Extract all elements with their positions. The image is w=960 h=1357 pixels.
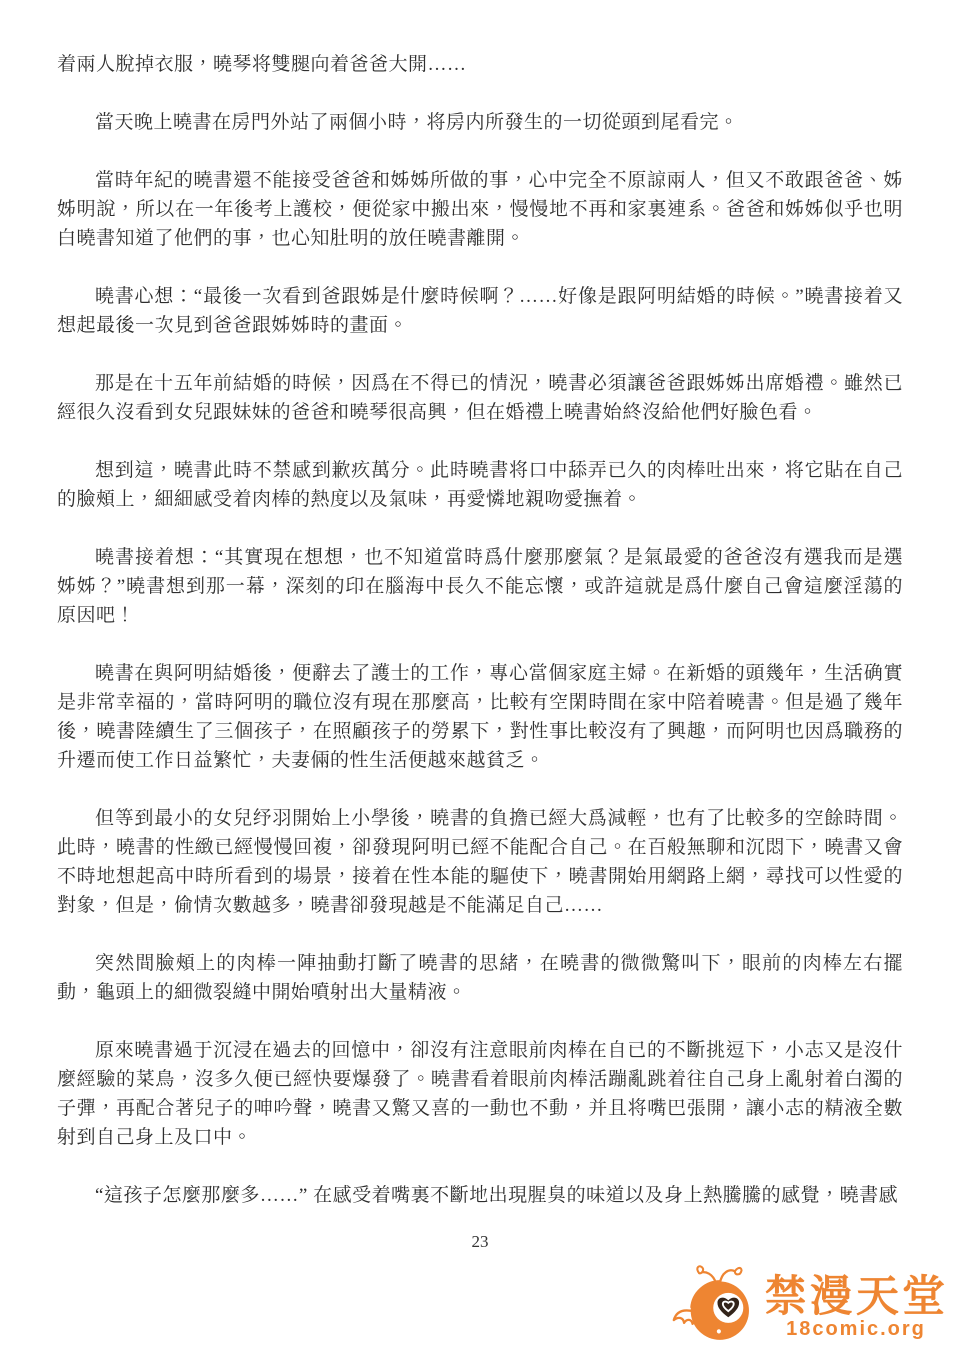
paragraph: “這孩子怎麼那麼多……” 在感受着嘴裏不斷地出現腥臭的味道以及身上熱騰騰的感覺，…: [57, 1181, 903, 1210]
paragraph: 那是在十五年前結婚的時候，因爲在不得已的情況，曉書必須讓爸爸跟姊姊出席婚禮。雖然…: [57, 369, 903, 427]
watermark-logo: 禁漫天堂 18comic.org: [670, 1259, 948, 1353]
watermark-text: 禁漫天堂 18comic.org: [764, 1274, 948, 1339]
whale-mascot-icon: [670, 1259, 764, 1353]
paragraph: 曉書在與阿明結婚後，便辭去了護士的工作，專心當個家庭主婦。在新婚的頭幾年，生活确…: [57, 659, 903, 775]
watermark-site-url: 18comic.org: [786, 1319, 926, 1339]
paragraph: 原來曉書過于沉浸在過去的回憶中，卻沒有注意眼前肉棒在自已的不斷挑逗下，小志又是沒…: [57, 1036, 903, 1152]
paragraph: 着兩人脫掉衣服，曉琴将雙腿向着爸爸大開……: [57, 50, 903, 79]
watermark-brand: 禁漫天堂: [764, 1274, 948, 1320]
paragraph: 曉書心想：“最後一次看到爸跟姊是什麼時候啊？……好像是跟阿明結婚的時候。”曉書接…: [57, 282, 903, 340]
document-page: 着兩人脫掉衣服，曉琴将雙腿向着爸爸大開…… 當天晚上曉書在房門外站了兩個小時，将…: [0, 0, 960, 1357]
paragraph: 曉書接着想：“其實現在想想，也不知道當時爲什麼那麼氣？是氣最愛的爸爸沒有選我而是…: [57, 543, 903, 630]
paragraph: 但等到最小的女兒纾羽開始上小學後，曉書的負擔已經大爲減輕，也有了比較多的空餘時間…: [57, 804, 903, 920]
story-text-block: 着兩人脫掉衣服，曉琴将雙腿向着爸爸大開…… 當天晚上曉書在房門外站了兩個小時，将…: [57, 50, 903, 1239]
paragraph: 當時年紀的曉書還不能接受爸爸和姊姊所做的事，心中完全不原諒兩人，但又不敢跟爸爸、…: [57, 166, 903, 253]
page-number: 23: [0, 1232, 960, 1252]
paragraph: 當天晚上曉書在房門外站了兩個小時，将房内所發生的一切從頭到尾看完。: [57, 108, 903, 137]
paragraph: 突然間臉頰上的肉棒一陣抽動打斷了曉書的思緒，在曉書的微微驚叫下，眼前的肉棒左右擺…: [57, 949, 903, 1007]
paragraph: 想到這，曉書此時不禁感到歉疚萬分。此時曉書将口中舔弄已久的肉棒吐出來，将它貼在自…: [57, 456, 903, 514]
